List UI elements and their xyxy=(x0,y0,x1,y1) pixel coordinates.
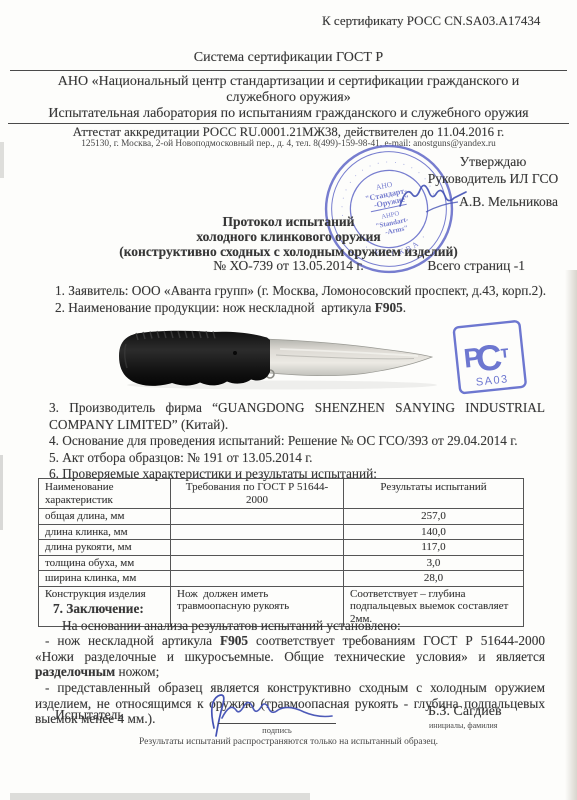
item-applicant: 1. Заявитель: ООО «Аванта групп» (г. Мос… xyxy=(42,283,549,300)
pct-letter-t: т xyxy=(499,342,509,362)
tester-name: Б.З. Сагдиев xyxy=(428,704,502,720)
items-3-6: 3. Производитель фирма “GUANGDONG SHENZH… xyxy=(35,400,545,483)
table-row: общая длина, мм 257,0 xyxy=(39,509,524,525)
table-header-row: Наименование характеристик Требования по… xyxy=(39,479,524,509)
pages-count: Всего страниц -1 xyxy=(427,258,525,274)
item-basis: 4. Основание для проведения испытаний: Р… xyxy=(35,433,545,449)
pct-code: SA03 xyxy=(475,373,509,388)
pct-mark-stamp: Р С т SA03 xyxy=(446,314,536,404)
signature-line xyxy=(218,723,336,724)
table-row: толщина обуха, мм 3,0 xyxy=(39,555,524,571)
conclusion-heading: 7. Заключение: xyxy=(35,601,545,617)
signature-caption: подпись xyxy=(218,725,336,735)
col-header-requirements: Требования по ГОСТ Р 51644-2000 xyxy=(171,479,344,509)
col-header-results: Результаты испытаний xyxy=(344,479,524,509)
conclusion-knife-type: разделочным xyxy=(35,664,115,679)
scan-edge-left-2 xyxy=(0,455,3,530)
tester-name-caption: инициалы, фамилия xyxy=(429,721,497,730)
scan-edge-bottom xyxy=(10,793,310,800)
conclusion-article-code: F905 xyxy=(220,633,248,648)
approver-signature xyxy=(396,178,482,218)
approve-word: Утверждаю xyxy=(424,153,562,170)
conclusion-intro: На основании анализа результатов испытан… xyxy=(35,618,545,634)
organization-name: АНО «Национальный центр стандартизации и… xyxy=(48,74,529,106)
laboratory-name: Испытательная лаборатория по испытаниям … xyxy=(0,106,577,122)
item-manufacturer-line1: 3. Производитель фирма “GUANGDONG SHENZH… xyxy=(35,400,545,416)
certification-system-line: Система сертификации ГОСТ Р xyxy=(0,50,577,66)
tester-label: Испытатель xyxy=(55,707,124,723)
protocol-title: Протокол испытаний холодного клинкового … xyxy=(0,214,577,259)
article-code: F905 xyxy=(375,300,403,315)
document-page: К сертификату РОСС CN.SA03.А17434 Систем… xyxy=(0,0,577,800)
address-line: 125130, г. Москва, 2-ой Новоподмосковный… xyxy=(0,139,577,149)
title-line-3: (конструктивно сходных с холодным оружие… xyxy=(0,244,577,259)
scan-edge-right xyxy=(565,270,577,800)
item-sampling-act: 5. Акт отбора образцов: № 191 от 13.05.2… xyxy=(35,450,545,466)
footer-note: Результаты испытаний распространяются то… xyxy=(0,737,577,747)
title-line-1: Протокол испытаний xyxy=(0,214,577,229)
item-product: 2. Наименование продукции: нож нескладно… xyxy=(42,300,549,317)
certificate-reference: К сертификату РОСС CN.SA03.А17434 xyxy=(322,13,540,29)
title-line-2: холодного клинкового оружия xyxy=(0,229,577,244)
knife-photo xyxy=(112,326,442,392)
table-row: ширина клинка, мм 28,0 xyxy=(39,571,524,587)
conclusion-bullet-1: - нож нескладной артикула F905 соответст… xyxy=(35,633,545,680)
items-1-2: 1. Заявитель: ООО «Аванта групп» (г. Мос… xyxy=(42,283,549,316)
table-row: длина клинка, мм 140,0 xyxy=(39,524,524,540)
col-header-characteristic: Наименование характеристик xyxy=(39,479,171,509)
item-manufacturer-line2: COMPANY LIMITED” (Китай). xyxy=(35,417,545,433)
accreditation-line: Аттестат аккредитации РОСС RU.0001.21МЖ3… xyxy=(0,125,577,140)
header-divider-1 xyxy=(10,70,567,71)
table-row: длина рукояти, мм 117,0 xyxy=(39,540,524,556)
header-divider-2 xyxy=(8,123,569,124)
